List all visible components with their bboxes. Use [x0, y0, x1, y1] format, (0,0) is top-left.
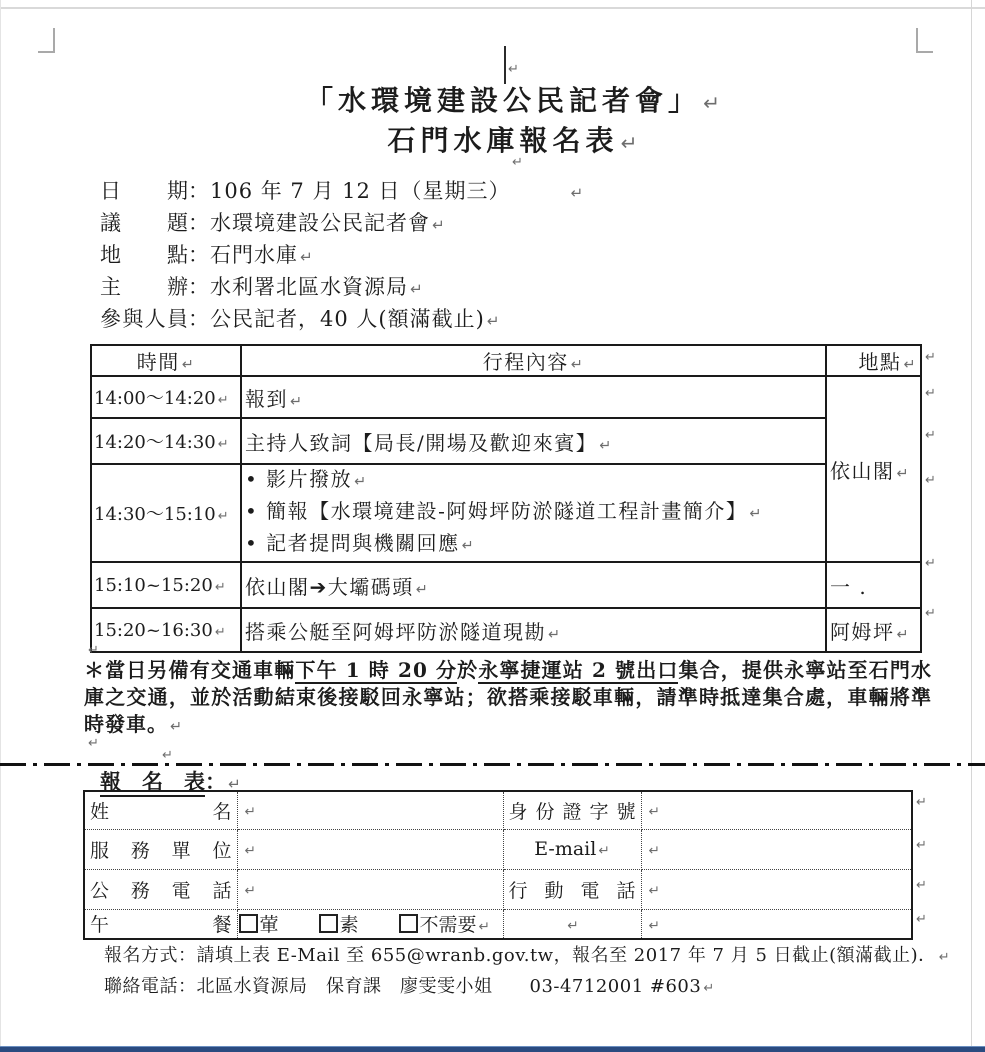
- info-row-date: 日期：106 年 7 月 12 日（星期三）↵: [100, 176, 584, 208]
- info-label: 日期: [100, 176, 188, 206]
- info-label: 主辦: [100, 272, 188, 302]
- info-value: 公民記者，40 人(額滿截止)↵: [210, 307, 500, 331]
- itinerary-table: 時間↵ 行程內容↵ 地點↵ 14:00～14:20↵ 報到↵ 依山閣↵ 14:2…: [90, 344, 922, 653]
- name-input-cell[interactable]: ↵: [237, 791, 503, 829]
- id-number-label: 身份證字號: [503, 791, 641, 829]
- time-cell: 15:10~15:20↵: [91, 562, 241, 608]
- info-row-topic: 議題：水環境建設公民記者會↵: [100, 208, 584, 240]
- office-phone-input-cell[interactable]: ↵: [237, 869, 503, 909]
- email-input-cell[interactable]: ↵: [641, 829, 912, 869]
- checkbox-icon[interactable]: [399, 914, 418, 933]
- registration-method-line: 報名方式：請填上表 E-Mail 至 655@wranb.gov.tw，報名至 …: [104, 941, 950, 967]
- page-top-edge: [0, 7, 985, 9]
- row-end-mark: ↵: [916, 838, 927, 853]
- table-row: 15:20~16:30↵ 搭乘公艇至阿姆坪防淤隧道現勘↵ 阿姆坪↵: [91, 608, 921, 652]
- margin-corner-mark-left: [38, 28, 55, 53]
- transport-note: ＊當日另備有交通車輛下午 1 時 20 分於永寧捷運站 2 號出口集合，提供永寧…: [84, 657, 932, 741]
- name-label: 姓名: [84, 791, 237, 829]
- place-cell: 一 .: [826, 562, 921, 608]
- lunch-options-cell: 葷素不需要↵: [237, 909, 503, 939]
- empty-cell: ↵: [503, 909, 641, 939]
- time-cell: 14:30～15:10↵: [91, 464, 241, 562]
- row-end-mark: ↵: [925, 606, 936, 621]
- mobile-phone-label: 行動電話: [503, 869, 641, 909]
- paragraph-mark: ↵: [512, 155, 523, 170]
- paragraph-mark: ↵: [88, 736, 99, 751]
- table-row: 14:00～14:20↵ 報到↵ 依山閣↵: [91, 376, 921, 418]
- meal-option-meat: 葷: [239, 914, 279, 936]
- info-row-participants: 參與人員：公民記者，40 人(額滿截止)↵: [100, 304, 584, 336]
- info-row-organizer: 主辦：水利署北區水資源局↵: [100, 272, 584, 304]
- row-end-mark: ↵: [925, 386, 936, 401]
- paragraph-mark: ↵: [162, 748, 173, 763]
- table-row: 午餐 葷素不需要↵ ↵ ↵: [84, 909, 912, 939]
- table-row: 公務電話 ↵ 行動電話 ↵: [84, 869, 912, 909]
- info-label: 議題: [100, 208, 188, 238]
- work-unit-label: 服務單位: [84, 829, 237, 869]
- info-row-place: 地點：石門水庫↵: [100, 240, 584, 272]
- table-row: 姓名 ↵ 身份證字號 ↵: [84, 791, 912, 829]
- underlined-text: 永寧捷運站 2 號出口: [478, 658, 678, 684]
- office-phone-label: 公務電話: [84, 869, 237, 909]
- row-end-mark: ↵: [925, 428, 936, 443]
- place-cell: 阿姆坪↵: [826, 608, 921, 652]
- table-row: 14:20～14:30↵ 主持人致詞【局長/開場及歡迎來賓】↵: [91, 418, 921, 464]
- place-cell-merged: 依山閣↵: [826, 376, 921, 562]
- row-end-mark: ↵: [925, 473, 936, 488]
- table-row: 15:10~15:20↵ 依山閣➔大壩碼頭↵ 一 .: [91, 562, 921, 608]
- info-value: 106 年 7 月 12 日（星期三）↵: [210, 179, 584, 203]
- info-value: 水利署北區水資源局↵: [210, 275, 424, 299]
- text-cursor: [504, 46, 506, 84]
- row-end-mark: ↵: [925, 556, 936, 571]
- paragraph-mark: ↵: [508, 62, 519, 77]
- table-row: 14:30～15:10↵ • 影片撥放↵ • 簡報【水環境建設-阿姆坪防淤隧道工…: [91, 464, 921, 562]
- header-content: 行程內容↵: [241, 345, 826, 376]
- info-label: 參與人員: [100, 304, 188, 334]
- mobile-phone-input-cell[interactable]: ↵: [641, 869, 912, 909]
- paragraph-mark: ↵: [88, 643, 99, 658]
- content-cell: 主持人致詞【局長/開場及歡迎來賓】↵: [241, 418, 826, 464]
- id-number-input-cell[interactable]: ↵: [641, 791, 912, 829]
- row-end-mark: ↵: [916, 878, 927, 893]
- checkbox-icon[interactable]: [239, 914, 258, 933]
- info-value: 水環境建設公民記者會↵: [210, 211, 446, 235]
- time-cell: 14:20～14:30↵: [91, 418, 241, 464]
- row-end-mark: ↵: [925, 350, 936, 365]
- content-cell: 搭乘公艇至阿姆坪防淤隧道現勘↵: [241, 608, 826, 652]
- row-end-mark: ↵: [916, 912, 927, 927]
- empty-cell: ↵: [641, 909, 912, 939]
- document-title: 「水環境建設公民記者會」↵ 石門水庫報名表↵: [40, 82, 985, 162]
- registration-form-table: 姓名 ↵ 身份證字號 ↵ 服務單位 ↵ E-mail↵ ↵ 公務電話 ↵ 行動電…: [83, 790, 913, 940]
- work-unit-input-cell[interactable]: ↵: [237, 829, 503, 869]
- contact-line: 聯絡電話：北區水資源局 保育課 廖雯雯小姐 03-4712001 #603↵: [104, 972, 715, 998]
- window-bottom-bar: [0, 1046, 985, 1052]
- checkbox-icon[interactable]: [319, 914, 338, 933]
- info-value: 石門水庫↵: [210, 243, 314, 267]
- lunch-label: 午餐: [84, 909, 237, 939]
- bullet-item: • 記者提問與機關回應↵: [245, 529, 822, 561]
- margin-corner-mark-right: [916, 28, 933, 53]
- table-row: 服務單位 ↵ E-mail↵ ↵: [84, 829, 912, 869]
- page-left-edge: [0, 0, 1, 1052]
- bullet-item: • 影片撥放↵: [245, 465, 822, 497]
- time-cell: 15:20~16:30↵: [91, 608, 241, 652]
- meal-option-none: 不需要↵: [399, 914, 490, 936]
- row-end-mark: ↵: [916, 795, 927, 810]
- content-cell: • 影片撥放↵ • 簡報【水環境建設-阿姆坪防淤隧道工程計畫簡介】↵ • 記者提…: [241, 464, 826, 562]
- bullet-item: • 簡報【水環境建設-阿姆坪防淤隧道工程計畫簡介】↵: [245, 497, 822, 529]
- doc-title-line1: 「水環境建設公民記者會」↵: [40, 82, 985, 122]
- time-cell: 14:00～14:20↵: [91, 376, 241, 418]
- header-time: 時間↵: [91, 345, 241, 376]
- meal-option-veg: 素: [319, 914, 359, 936]
- header-place: 地點↵: [826, 345, 921, 376]
- email-label: E-mail↵: [503, 829, 641, 869]
- content-cell: 報到↵: [241, 376, 826, 418]
- content-cell: 依山閣➔大壩碼頭↵: [241, 562, 826, 608]
- word-document-page: ↵ 「水環境建設公民記者會」↵ 石門水庫報名表↵ ↵ 日期：106 年 7 月 …: [0, 0, 985, 1052]
- event-info: 日期：106 年 7 月 12 日（星期三）↵ 議題：水環境建設公民記者會↵ 地…: [100, 176, 584, 336]
- underlined-text: 下午 1 時 20 分: [295, 658, 457, 684]
- info-label: 地點: [100, 240, 188, 270]
